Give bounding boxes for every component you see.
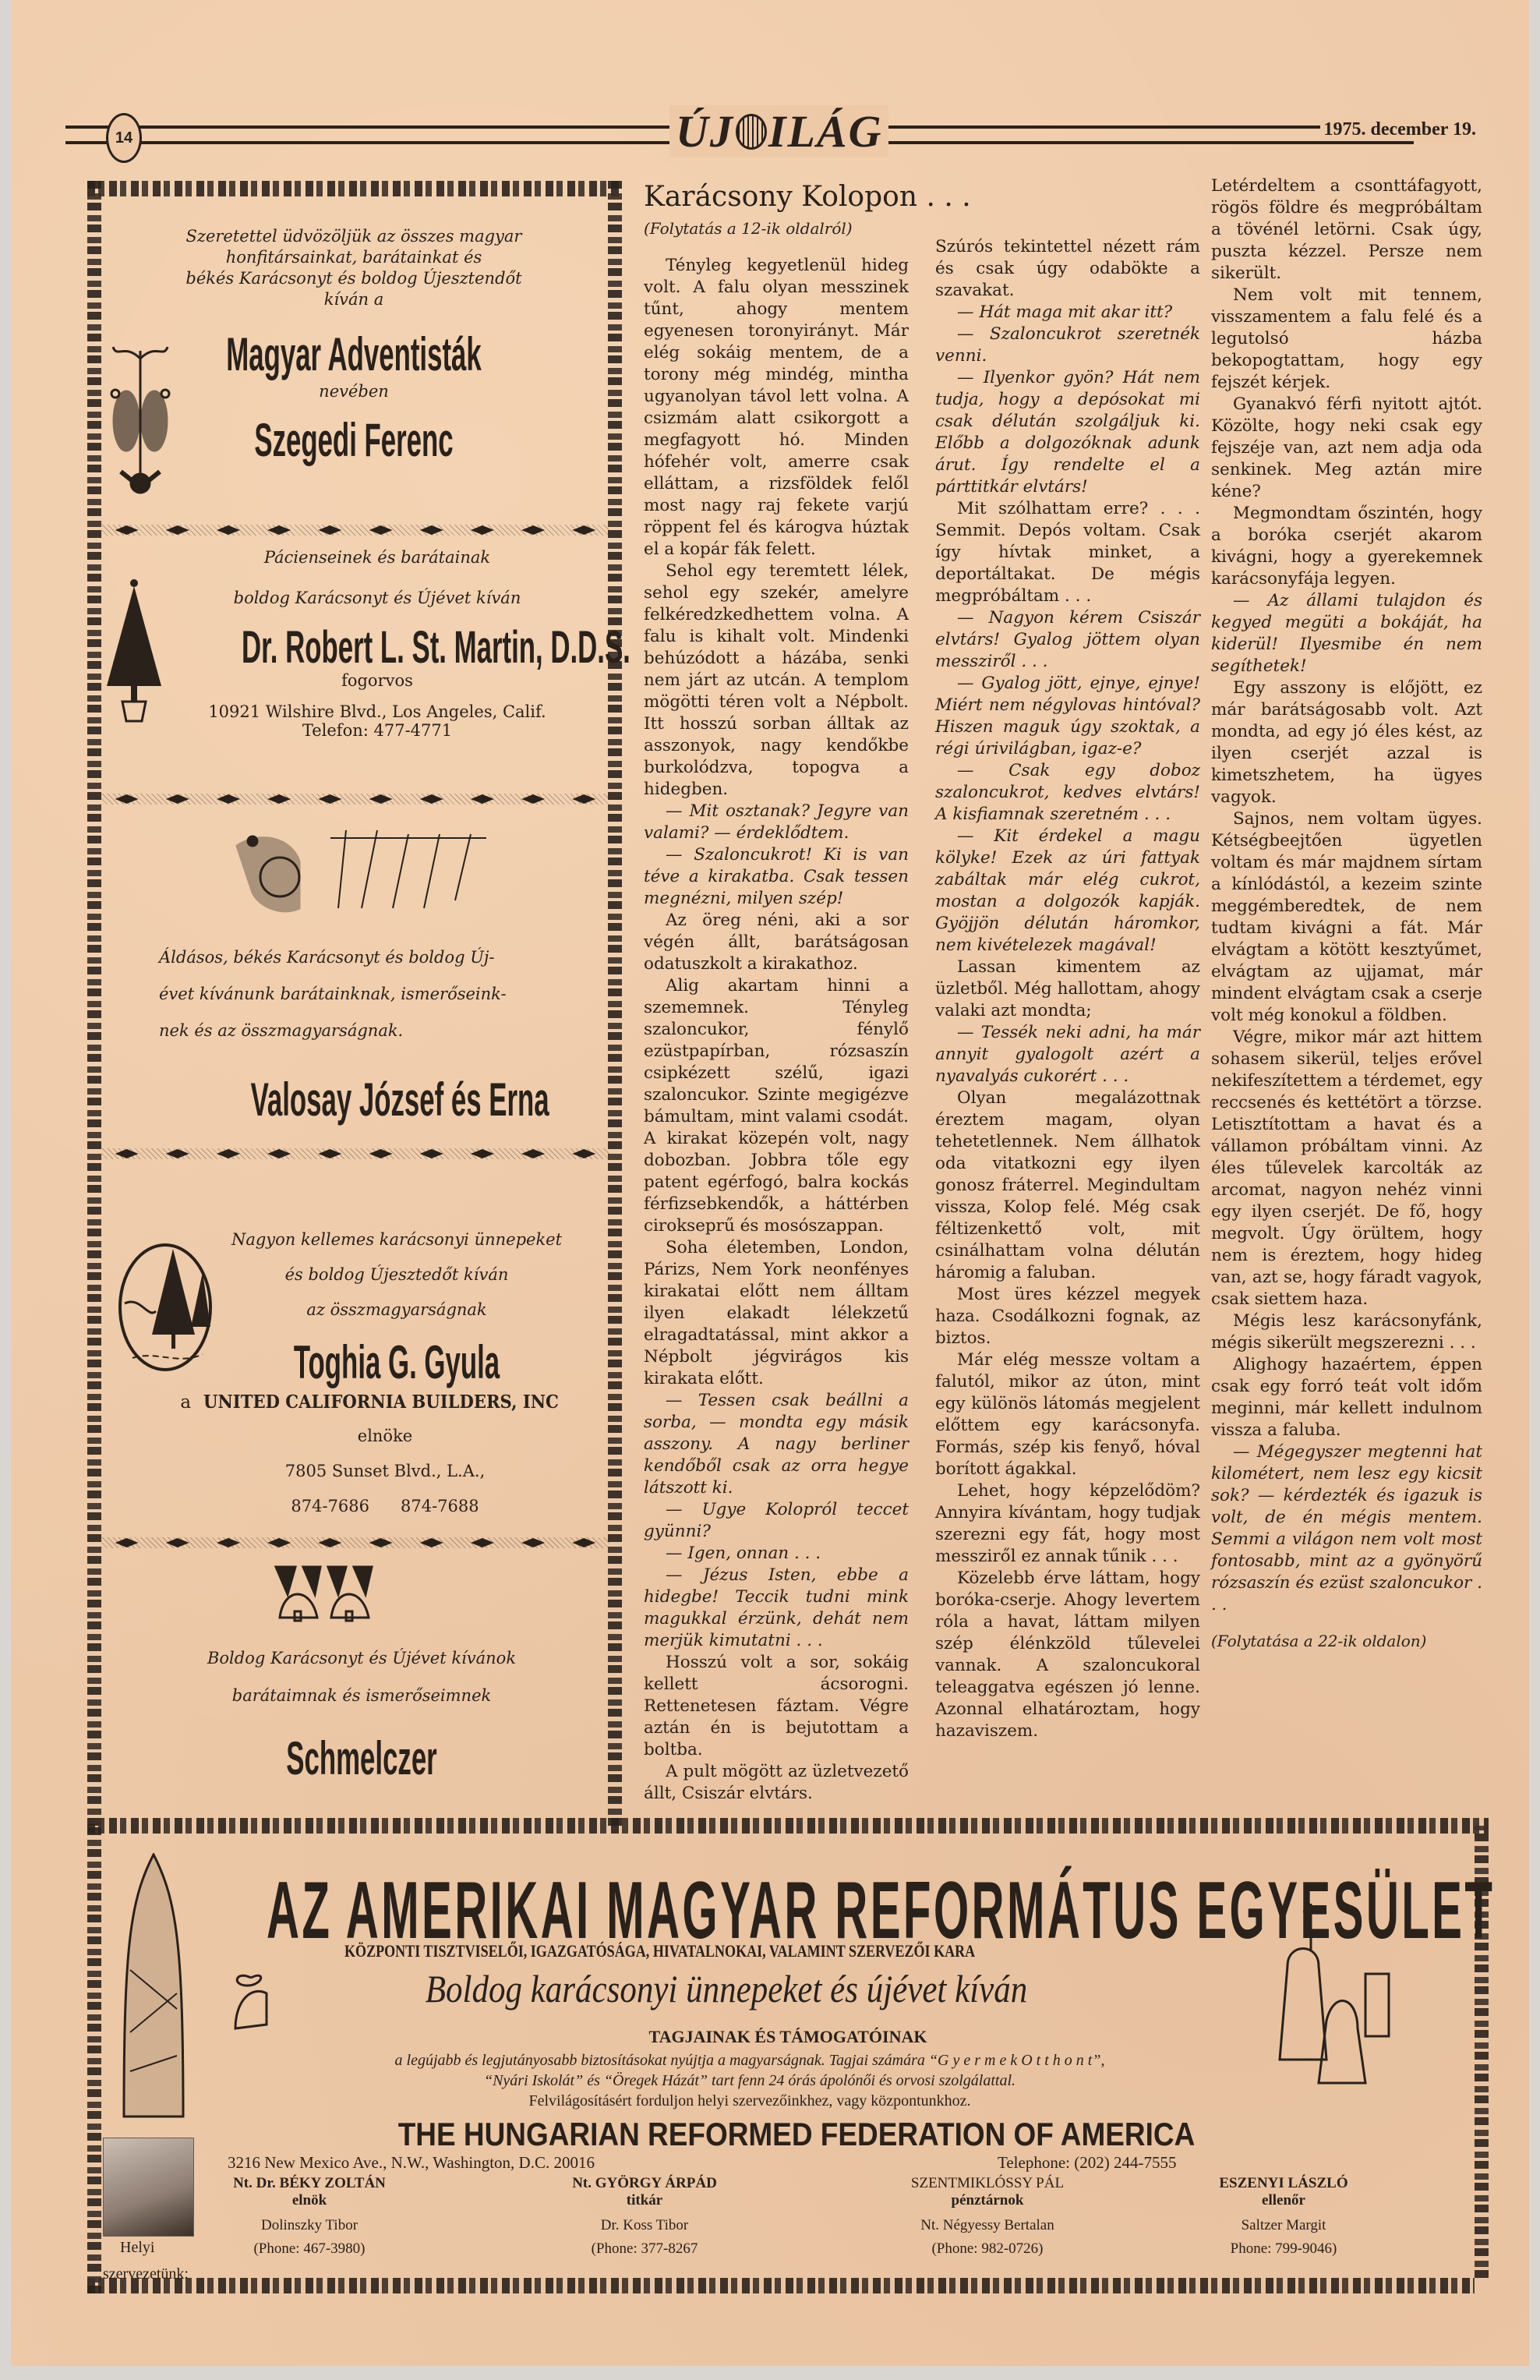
article-paragraph: Alig akartam hinni a szememnek. Tényleg … [644,975,909,1237]
article-paragraph: Végre, mikor már azt hittem sohasem sike… [1211,1027,1482,1310]
article-paragraph: — Szaloncukrot szeretnék venni. [935,324,1200,367]
article-paragraph: — Igen, onnan . . . [644,1543,909,1565]
greeting-line: honfitársainkat, barátainkat és [104,247,603,268]
continued-to: (Folytatása a 22-ik oldalon) [1211,1630,1482,1652]
article-paragraph: Megmondtam őszintén, hogy a boróka cserj… [1211,503,1482,590]
ad-dentist: Pácienseinek és barátainak boldog Karács… [151,548,603,740]
article-paragraph: Mégis lesz karácsonyfánk, mégis sikerült… [1211,1310,1482,1354]
article-paragraph: — Tessék neki adni, ha már annyit gyalog… [935,1022,1200,1087]
company-details: elnöke 7805 Sunset Blvd., L.A., 874-7686… [159,1419,611,1524]
santa-pine-icon [221,830,502,916]
greeting-line: és boldog Újesztedőt kíván [194,1257,599,1293]
newspaper-logo: ÚJILÁG [669,105,888,157]
article-paragraph: Tényleg kegyetlenül hideg volt. A falu o… [644,255,909,561]
article-paragraph: — Ilyenkor gyön? Hát nem tudja, hogy a d… [935,367,1200,498]
address: 7805 Sunset Blvd., L.A., [159,1454,611,1489]
article-paragraph: Közelebb érve láttam, hogy boróka-cserje… [935,1568,1200,1742]
local-phone: Phone: 799-9046) [1194,2240,1373,2258]
diamond-divider [101,1148,609,1159]
bell-ribbon-icon [228,1970,274,2032]
article-paragraph: Gyanakvó férfi nyitott ajtót. Közölte, h… [1211,394,1482,503]
article-paragraph: — Jézus Isten, ebbe a hidegbe! Teccik tu… [644,1565,909,1652]
ad-valosay: Áldásos, békés Karácsonyt és boldog Új- … [159,939,595,1124]
continued-from: (Folytatás a 12-ik oldalról) [644,217,909,239]
officer-name: Nt. GYÖRGY ÁRPÁD [555,2175,734,2192]
greeting-line: Áldásos, békés Karácsonyt és boldog Új- [159,939,595,976]
signer-name: Toghia G. Gyula [279,1335,514,1389]
christmas-tree-icon [103,577,165,725]
greeting-line: Boldog Karácsonyt és Újévet kívánok [128,1649,595,1667]
dentist-address: 10921 Wilshire Blvd., Los Angeles, Calif… [151,702,603,721]
officer-name: Nt. Dr. BÉKY ZOLTÁN [220,2175,399,2192]
officer-role: ellenőr [1194,2192,1373,2209]
article-column-1: Karácsony Kolopon . . . (Folytatás a 12-… [644,181,909,1805]
page-number: 14 [106,113,142,163]
ad-reformed-federation: AZ AMERIKAI MAGYAR REFORMÁTUS EGYESÜLET … [87,1818,1489,2293]
article-paragraph: — Szaloncukrot! Ki is van téve a kirakat… [644,844,909,910]
article-paragraph: — Ugye Kolopról teccet gyünni? [644,1499,909,1543]
greeting-line: kíván a [104,289,603,310]
diamond-divider [101,1537,609,1548]
officer-auditor: ESZENYI LÁSZLÓ ellenőr Saltzer Margit Ph… [1194,2175,1373,2258]
article-column-3: Letérdeltem a csonttáfagyott, rögös föld… [1211,175,1482,1667]
church-window-icon [122,1853,185,2118]
greeting-line: Pácienseinek és barátainak [151,548,603,567]
org-name: Magyar Adventisták [209,327,498,381]
article-paragraph: Nem volt mit tennem, visszamentem a falu… [1211,285,1482,394]
local-contact: Dolinszky Tibor [220,2217,399,2234]
issue-date: 1975. december 19. [1320,119,1476,140]
article-paragraph: — Csak egy doboz szaloncukrot, kedves el… [935,760,1200,826]
article-column-2: Szúrós tekintettel nézett rám és csak úg… [935,236,1200,1742]
article-paragraph: Sehol egy teremtett lélek, sehol egy sze… [644,561,909,801]
on-behalf-text: nevében [104,382,603,401]
article-paragraph: Lehet, hogy képzelődöm? Annyira kívántam… [935,1480,1200,1568]
greeting-line: évet kívánunk barátainknak, ismerőseink- [159,976,595,1013]
local-label: szervezetünk: [103,2265,189,2283]
holly-border-top [87,181,622,196]
info-line: Felvilágosításért forduljon helyi szerve… [204,2092,1295,2110]
column-body: Letérdeltem a csonttáfagyott, rögös föld… [1211,175,1482,1616]
local-phone: (Phone: 377-8267 [555,2240,734,2258]
article-paragraph: Már elég messze voltam a falutól, mikor … [935,1349,1200,1480]
english-org-name: THE HUNGARIAN REFORMED FEDERATION OF AME… [316,2116,1277,2153]
ad-schmelczer: Boldog Karácsonyt és Újévet kívánok bará… [128,1649,595,1783]
article-paragraph: — Az állami tulajdon és kegyed megüti a … [1211,590,1482,677]
greeting-line: Nagyon kellemes karácsonyi ünnepeket [194,1222,599,1257]
article-paragraph: Lassan kimentem az üzletből. Még hallott… [935,957,1200,1022]
holly-border-right [608,181,622,1826]
local-label: Helyi [120,2239,154,2257]
officer-treasurer: SZENTMIKLÓSSY PÁL pénztárnok Nt. Négyess… [886,2175,1089,2258]
article-paragraph: Az öreg néni, aki a sor végén állt, bará… [644,910,909,975]
diamond-divider [101,525,609,536]
logo-text-right: ILÁG [768,106,883,157]
holly-border-top [87,1818,1489,1834]
masthead: 14 ÚJILÁG 1975. december 19. [65,113,1476,160]
article-paragraph: — Nagyon kérem Csiszár elvtárs! Gyalog j… [935,607,1200,673]
officer-name: SZENTMIKLÓSSY PÁL [886,2175,1089,2192]
officer-role: titkár [555,2192,734,2209]
article-paragraph: Egy asszony is előjött, ez már barátságo… [1211,677,1482,808]
globe-icon [736,114,767,150]
column-body: Szúrós tekintettel nézett rám és csak úg… [935,236,1200,1742]
article-paragraph: Mit szólhattam erre? . . . Semmit. Depós… [935,498,1200,607]
article-paragraph: Soha életemben, London, Párizs, Nem York… [644,1237,909,1390]
role: elnöke [159,1419,611,1454]
article-paragraph: — Mit osztanak? Jegyre van valami? — érd… [644,801,909,844]
phone: 874-7688 [401,1497,479,1515]
signer-name: Szegedi Ferenc [209,413,498,467]
boy-reading-photo [103,2138,194,2237]
article-paragraph: Hosszú volt a sor, sokáig kellett ácsoro… [644,1652,909,1761]
officer-secretary: Nt. GYÖRGY ÁRPÁD titkár Dr. Koss Tibor (… [555,2175,734,2258]
greeting-line: boldog Karácsonyt és Újévet kíván [151,589,603,607]
nativity-icon [1272,1904,1397,2099]
local-phone: (Phone: 982-0726) [886,2240,1089,2258]
article-paragraph: — Tessen csak beállni a sorba, — mondta … [644,1390,909,1499]
company-name: UNITED CALIFORNIA BUILDERS, INC [203,1392,559,1413]
federation-address: 3216 New Mexico Ave., N.W., Washington, … [228,2153,595,2173]
local-contact: Saltzer Margit [1194,2217,1373,2234]
ad-toghia: Nagyon kellemes karácsonyi ünnepeket és … [194,1222,599,1388]
article-paragraph: Alighogy hazaértem, éppen csak egy forró… [1211,1354,1482,1441]
greeting-line: békés Karácsonyt és boldog Újesztendőt [104,268,603,289]
company-line: aUNITED CALIFORNIA BUILDERS, INC [159,1392,611,1413]
article-paragraph: Most üres kézzel megyek haza. Csodálkozn… [935,1284,1200,1349]
article-paragraph: Szúrós tekintettel nézett rám és csak úg… [935,236,1200,302]
article-paragraph: Sajnos, nem voltam ügyes. Kétségbeejtően… [1211,808,1482,1027]
diamond-divider [101,794,609,805]
org-subtitle: KÖZPONTI TISZTVISELŐI, IGAZGATÓSÁGA, HIV… [344,1941,975,1961]
local-contact: Nt. Négyessy Bertalan [886,2217,1089,2234]
officer-name: ESZENYI LÁSZLÓ [1194,2175,1373,2192]
company-prefix: a [180,1392,191,1413]
greeting: Boldog karácsonyi ünnepeket és újévet kí… [358,1966,1095,2011]
article-paragraph: Olyan megalázottnak éreztem magam, olyan… [935,1087,1200,1284]
logo-text-left: ÚJ [676,106,734,157]
ad-magyar-adventistak: Szeretettel üdvözöljük az összes magyar … [104,226,603,468]
signer-name: Valosay József és Erna [251,1073,504,1126]
article-paragraph: Letérdeltem a csonttáfagyott, rögös föld… [1211,175,1482,285]
phone: 874-7686 [291,1497,369,1515]
greeting-line: nek és az összmagyarságnak. [159,1013,595,1049]
newspaper-page: 14 ÚJILÁG 1975. december 19. Szeretettel… [11,0,1529,2366]
dentist-phone: Telefon: 477-4771 [151,721,603,740]
dentist-title: fogorvos [151,671,603,690]
description-line: a legújabb és legjutányosabb biztosításo… [204,2052,1295,2070]
article-paragraph: — Gyalog jött, ejnye, ejnye! Miért nem n… [935,673,1200,760]
folk-flower-icon [109,335,171,503]
officer-president: Nt. Dr. BÉKY ZOLTÁN elnök Dolinszky Tibo… [220,2175,399,2258]
local-phone: (Phone: 467-3980) [220,2240,399,2258]
column-body: Tényleg kegyetlenül hideg volt. A falu o… [644,255,909,1805]
article-headline: Karácsony Kolopon . . . [644,181,909,213]
holly-border-left [87,181,101,1826]
officer-role: pénztárnok [886,2192,1089,2209]
description-line: “Nyári Iskolát” és “Öregek Házát” tart f… [204,2072,1295,2090]
article-paragraph: — Mégegyszer megtenni hat kilométert, ne… [1211,1441,1482,1616]
greeting-line: barátaimnak és ismerőseimnek [128,1686,595,1705]
greeting-line: Szeretettel üdvözöljük az összes magyar [104,226,603,247]
dentist-name: Dr. Robert L. St. Martin, D.D.S. [242,621,513,674]
greeting-line: az összmagyarságnak [194,1293,599,1328]
signer-name: Schmelczer [226,1731,497,1785]
bells-icon [272,1563,377,1629]
holly-border-left [87,1818,101,2293]
officer-role: elnök [220,2192,399,2209]
holly-border-bottom [87,2278,1475,2293]
local-contact: Dr. Koss Tibor [555,2217,734,2234]
federation-telephone: Telephone: (202) 244-7555 [998,2153,1176,2173]
article-paragraph: — Kit érdekel a magu kölyke! Ezek az úri… [935,826,1200,957]
article-paragraph: A pult mögött az üzletvezető állt, Csisz… [644,1761,909,1805]
article-paragraph: — Hát maga mit akar itt? [935,302,1200,324]
